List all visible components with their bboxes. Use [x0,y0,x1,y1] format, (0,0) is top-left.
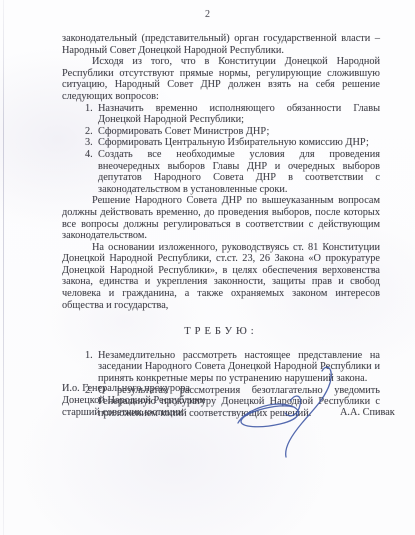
questions-list: Назначить временно исполняющего обязанно… [62,103,380,196]
demand-heading: ТРЕБУЮ: [62,326,380,338]
paragraph-intro: Исходя из того, что в Конституции Донецк… [62,56,380,102]
list-item: Назначить временно исполняющего обязанно… [85,103,380,126]
signer-title-line: И.о. Генерального прокурора [62,383,392,395]
document-page: 2 законодательный (представительный) орг… [0,0,415,535]
signer-title-line: Донецкой Народной Республики [62,395,392,407]
paragraph-legal-basis: На основании изложенного, руководствуясь… [62,242,380,312]
list-item: Сформировать Совет Министров ДНР; [85,126,380,138]
list-item: Создать все необходимые условия для пров… [85,149,380,195]
document-content: законодательный (представительный) орган… [62,33,380,419]
paragraph-continued: законодательный (представительный) орган… [62,33,380,56]
page-number: 2 [0,9,415,21]
signer-name: А.А. Спивак [340,407,395,419]
signature-block: И.о. Генерального прокурора Донецкой Нар… [62,383,392,463]
scan-edge-line [3,0,4,535]
list-item: Незамедлительно рассмотреть настоящее пр… [85,350,380,385]
list-item: Сформировать Центральную Избирательную к… [85,137,380,149]
paragraph-decision: Решение Народного Совета ДНР по вышеуказ… [62,195,380,241]
